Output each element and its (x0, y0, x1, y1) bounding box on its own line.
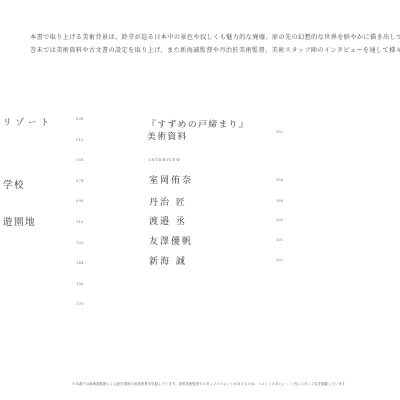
page-number: 156 (76, 282, 84, 286)
page-number: 074 (76, 179, 84, 183)
page-number: 098 (76, 199, 84, 203)
feature-title-line-2: 美術資料 (147, 131, 249, 143)
intro-line-1: 本書で取り上げる美術背景は、鈴芽が巡る日本中の景色や寂しくも魅力的な廃墟、扉の先… (30, 32, 400, 45)
interview-person: 室岡侑奈 (149, 173, 193, 186)
interview-page-number: 200 (276, 218, 283, 222)
interview-page-number: 201 (276, 238, 283, 242)
intro-text: 本書で取り上げる美術背景は、鈴芽が巡る日本中の景色や寂しくも魅力的な廃墟、扉の先… (30, 32, 400, 57)
page-number: 144 (76, 261, 84, 265)
feature-title: 『すずめの戸締まり』 美術資料 (147, 119, 249, 143)
category-amusement-park: 遊園地 (3, 214, 36, 228)
interview-person: 丹治 匠 (149, 195, 187, 208)
intro-line-2: 巻末では美術資料や古文書の設定を取り上げ、また新海誠監督や丹治匠美術監督、美術ス… (30, 45, 400, 58)
interview-label: INTERVIEW (149, 157, 181, 162)
feature-page-number: 192 (276, 130, 283, 134)
interview-page-number: 198 (276, 199, 283, 203)
interview-person: 友澤優帆 (149, 234, 193, 247)
footnote: ※本書では新海誠監督による絵作業時の美術背景を収録しています。背景美術監督やスタ… (72, 381, 345, 386)
page-number: 012 (76, 138, 84, 142)
page-number: 058 (76, 158, 84, 162)
interview-page-number: 196 (276, 178, 283, 182)
page-number: 170 (76, 302, 84, 306)
feature-title-line-1: 『すずめの戸締まり』 (147, 119, 249, 131)
interview-person: 新海 誠 (149, 254, 187, 267)
interview-page-number: 202 (276, 258, 283, 262)
category-school: 学校 (3, 177, 25, 191)
page-number: 008 (76, 117, 84, 121)
page-number: 120 (76, 241, 84, 245)
page-number: 110 (76, 220, 84, 224)
category-resort: リゾート (3, 116, 53, 128)
interview-person: 渡邉 丞 (149, 214, 187, 227)
